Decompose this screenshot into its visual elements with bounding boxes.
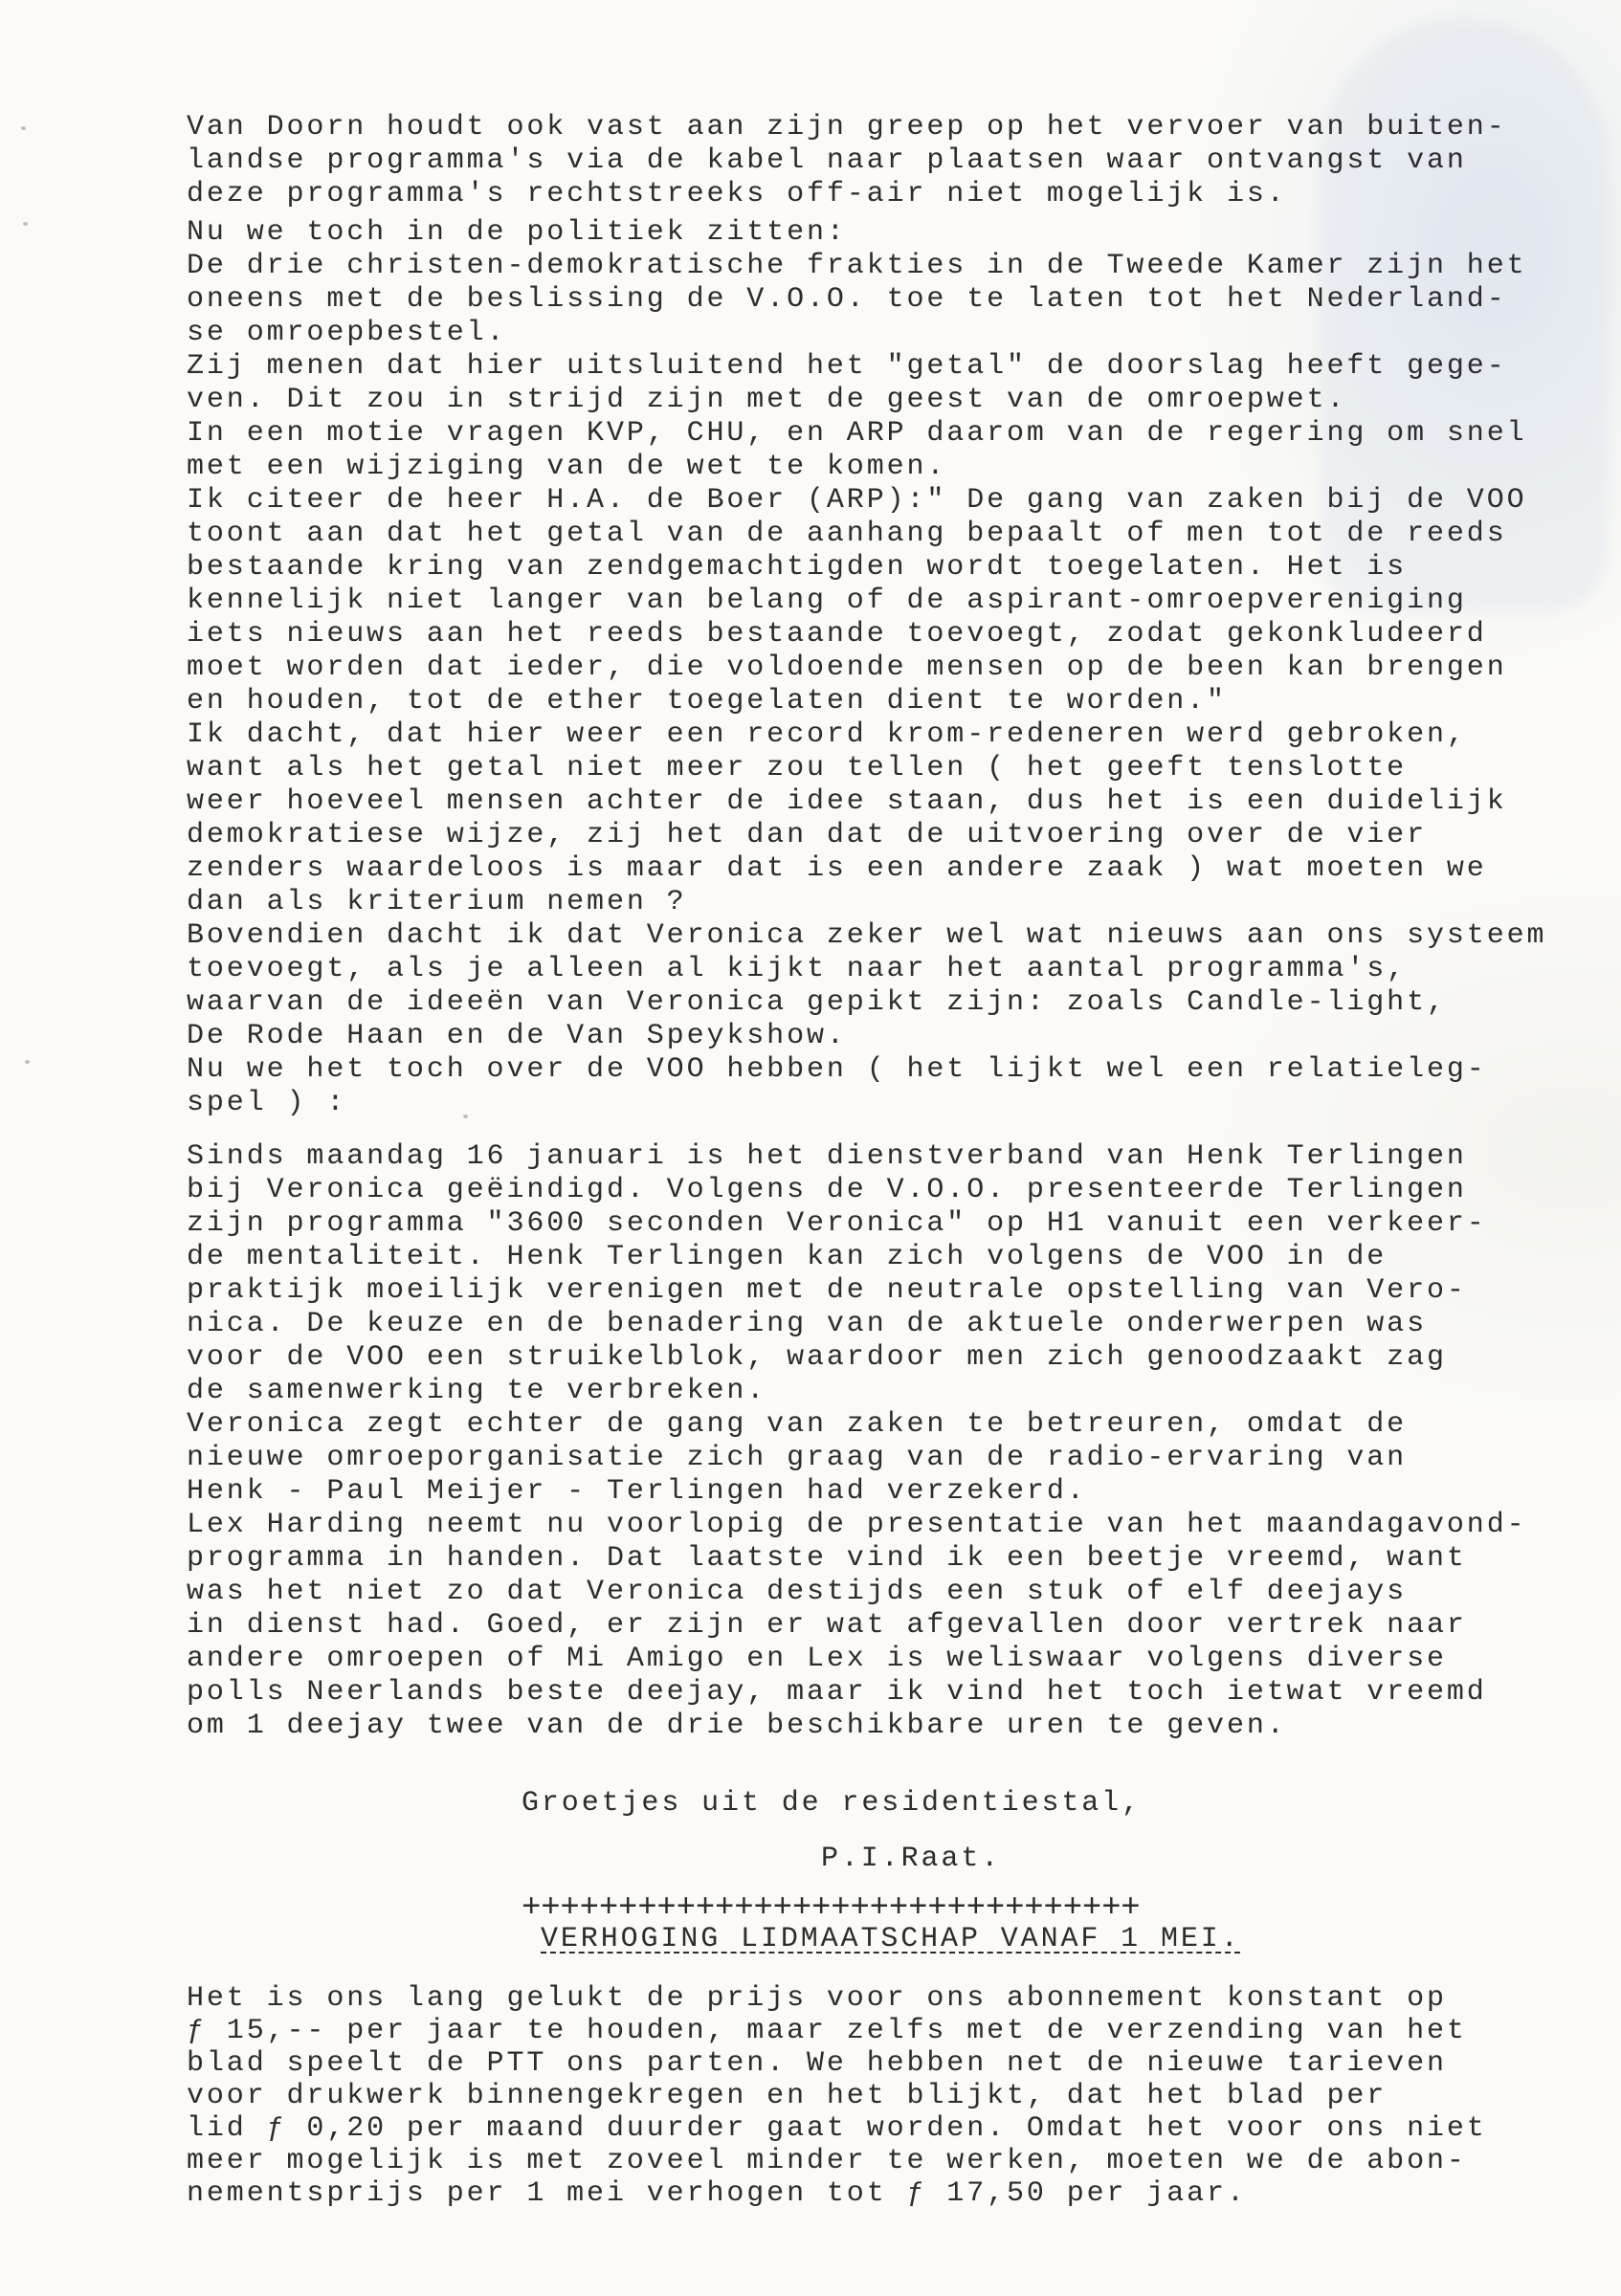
text-line: dan als kriterium nemen ? — [187, 886, 1546, 919]
text-line: iets nieuws aan het reeds bestaande toev… — [187, 618, 1546, 651]
text-line: spel ) : — [187, 1087, 1546, 1120]
paper-speck — [21, 126, 26, 130]
text-line: De Rode Haan en de Van Speykshow. — [187, 1020, 1546, 1053]
paper-speck — [23, 222, 28, 226]
text-line: demokratiese wijze, zij het dan dat de u… — [187, 819, 1546, 852]
text-line: polls Neerlands beste deejay, maar ik vi… — [187, 1676, 1527, 1710]
text-line: waarvan de ideeën van Veronica gepikt zi… — [187, 986, 1546, 1020]
section-heading: VERHOGING LIDMAATSCHAP VANAF 1 MEI. — [541, 1923, 1241, 1956]
text-line: om 1 deejay twee van de drie beschikbare… — [187, 1710, 1527, 1743]
text-line: praktijk moeilijk verenigen met de neutr… — [187, 1274, 1527, 1308]
text-line: de samenwerking te verbreken. — [187, 1375, 1527, 1408]
text-line: toevoegt, als je alleen al kijkt naar he… — [187, 953, 1546, 986]
text-line: voor drukwerk binnengekregen en het blij… — [187, 2080, 1487, 2112]
text-line: Van Doorn houdt ook vast aan zijn greep … — [187, 111, 1507, 144]
text-line: nica. De keuze en de benadering van de a… — [187, 1308, 1527, 1341]
separator-plus-line: ++++++++++++++++++++++++++++++++ — [522, 1892, 1141, 1926]
signature: P.I.Raat. — [821, 1843, 1001, 1876]
text-line: blad speelt de PTT ons parten. We hebben… — [187, 2047, 1487, 2080]
text-line: programma in handen. Dat laatste vind ik… — [187, 1542, 1527, 1576]
text-line: ven. Dit zou in strijd zijn met de geest… — [187, 384, 1546, 417]
text-line: bij Veronica geëindigd. Volgens de V.O.O… — [187, 1174, 1527, 1207]
text-line: In een motie vragen KVP, CHU, en ARP daa… — [187, 417, 1546, 451]
text-line: want als het getal niet meer zou tellen … — [187, 752, 1546, 785]
text-line: lid ƒ 0,20 per maand duurder gaat worden… — [187, 2112, 1487, 2145]
text-line: Sinds maandag 16 januari is het dienstve… — [187, 1140, 1527, 1174]
text-line: in dienst had. Goed, er zijn er wat afge… — [187, 1609, 1527, 1643]
text-line: landse programma's via de kabel naar pla… — [187, 144, 1507, 178]
text-line: meer mogelijk is met zoveel minder te we… — [187, 2145, 1487, 2177]
text-line: ƒ 15,-- per jaar te houden, maar zelfs m… — [187, 2015, 1487, 2047]
paper-speck — [25, 1060, 30, 1064]
paragraph-politics-voo: Nu we toch in de politiek zitten:De drie… — [187, 216, 1546, 1120]
text-line: zenders waardeloos is maar dat is een an… — [187, 852, 1546, 886]
paragraph-membership-price: Het is ons lang gelukt de prijs voor ons… — [187, 1982, 1487, 2210]
text-line: Nu we het toch over de VOO hebben ( het … — [187, 1053, 1546, 1087]
text-line: Het is ons lang gelukt de prijs voor ons… — [187, 1982, 1487, 2015]
closing-greeting: Groetjes uit de residentiestal, — [522, 1787, 1142, 1821]
text-line: nieuwe omroeporganisatie zich graag van … — [187, 1442, 1527, 1475]
text-line: Ik citeer de heer H.A. de Boer (ARP):" D… — [187, 484, 1546, 518]
text-line: moet worden dat ieder, die voldoende men… — [187, 651, 1546, 685]
text-line: en houden, tot de ether toegelaten dient… — [187, 685, 1546, 718]
text-line: Henk - Paul Meijer - Terlingen had verze… — [187, 1475, 1527, 1509]
text-line: se omroepbestel. — [187, 317, 1546, 350]
text-line: Ik dacht, dat hier weer een record krom-… — [187, 718, 1546, 752]
text-line: voor de VOO een struikelblok, waardoor m… — [187, 1341, 1527, 1375]
text-line: Veronica zegt echter de gang van zaken t… — [187, 1408, 1527, 1442]
text-line: toont aan dat het getal van de aanhang b… — [187, 518, 1546, 551]
text-line: Zij menen dat hier uitsluitend het "geta… — [187, 350, 1546, 384]
text-line: Nu we toch in de politiek zitten: — [187, 216, 1546, 250]
text-line: Bovendien dacht ik dat Veronica zeker we… — [187, 919, 1546, 953]
text-line: weer hoeveel mensen achter de idee staan… — [187, 785, 1546, 819]
paragraph-terlingen-news: Sinds maandag 16 januari is het dienstve… — [187, 1140, 1527, 1743]
paragraph-cable-transport: Van Doorn houdt ook vast aan zijn greep … — [187, 111, 1507, 211]
text-line: bestaande kring van zendgemachtigden wor… — [187, 551, 1546, 585]
text-line: nementsprijs per 1 mei verhogen tot ƒ 17… — [187, 2177, 1487, 2210]
text-line: de mentaliteit. Henk Terlingen kan zich … — [187, 1241, 1527, 1274]
text-line: De drie christen-demokratische frakties … — [187, 250, 1546, 283]
text-line: oneens met de beslissing de V.O.O. toe t… — [187, 283, 1546, 317]
text-line: zijn programma "3600 seconden Veronica" … — [187, 1207, 1527, 1241]
text-line: met een wijziging van de wet te komen. — [187, 451, 1546, 484]
text-line: was het niet zo dat Veronica destijds ee… — [187, 1576, 1527, 1609]
text-line: Lex Harding neemt nu voorlopig de presen… — [187, 1509, 1527, 1542]
text-line: kennelijk niet langer van belang of de a… — [187, 585, 1546, 618]
text-line: deze programma's rechtstreeks off-air ni… — [187, 178, 1507, 211]
text-line: andere omroepen of Mi Amigo en Lex is we… — [187, 1643, 1527, 1676]
